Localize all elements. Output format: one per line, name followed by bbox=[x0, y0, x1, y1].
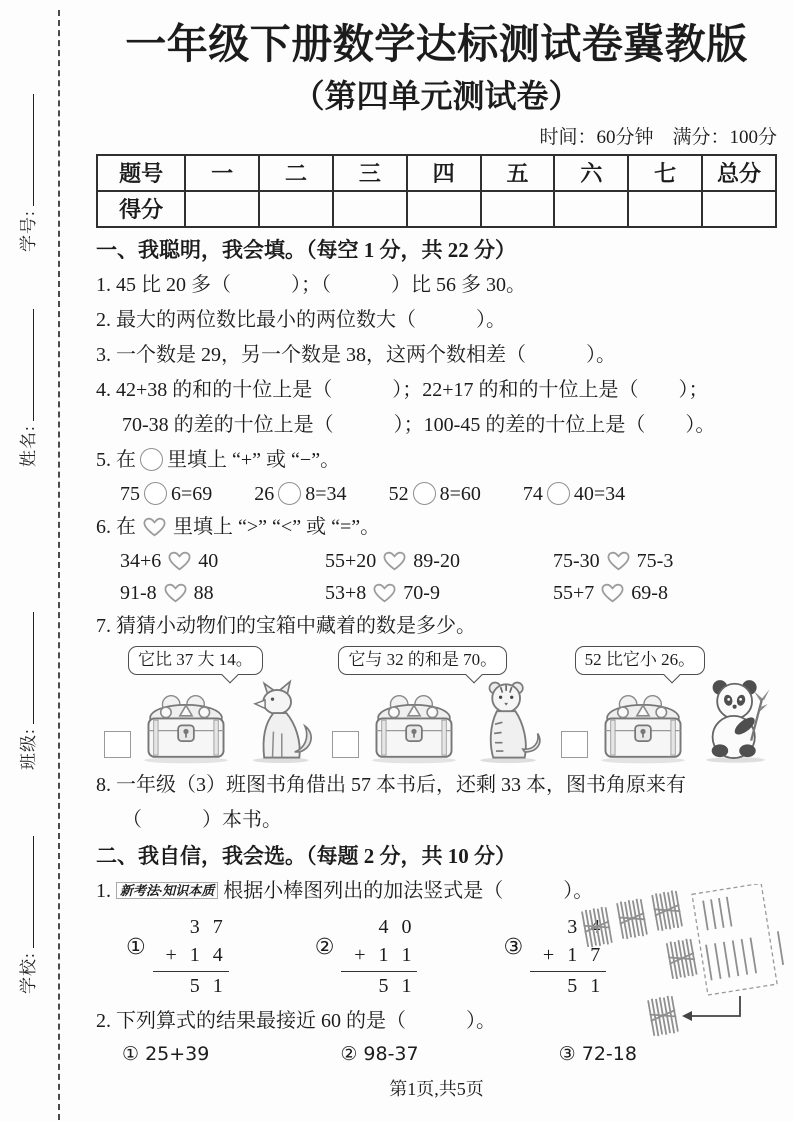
score-cell bbox=[554, 191, 628, 227]
question-1: 1. 45 比 20 多（ ）；（ ）比 56 多 30。 bbox=[96, 272, 777, 299]
comparison-right: 88 bbox=[194, 582, 214, 604]
comparison-left: 91-8 bbox=[120, 582, 157, 604]
page-subtitle: （第四单元测试卷） bbox=[96, 76, 777, 116]
option-marker: ① bbox=[126, 935, 146, 960]
question-7-figures: 它比 37 大 14。 它与 32 的和是 70。 52 比它小 26。 bbox=[96, 646, 777, 764]
equation-left: 52 bbox=[389, 483, 409, 505]
addend-top: 3 7 bbox=[153, 913, 229, 941]
option-marker: ② bbox=[315, 935, 335, 960]
question-2: 2. 最大的两位数比最小的两位数大（ ）。 bbox=[96, 307, 777, 334]
treasure-card-tiger: 它与 32 的和是 70。 bbox=[330, 646, 548, 764]
comparison-right: 75-3 bbox=[637, 550, 674, 572]
score-table-score-row: 得分 bbox=[97, 191, 776, 227]
bundled-sticks-diagram bbox=[574, 884, 788, 1042]
school-field: 学校: bbox=[14, 836, 39, 994]
score-cell bbox=[407, 191, 481, 227]
section1-heading: 一、我聪明，我会填。（每空 1 分，共 22 分） bbox=[96, 236, 777, 264]
class-blank-line bbox=[29, 612, 34, 724]
question-4-line1: 4. 42+38 的和的十位上是（ ）；22+17 的和的十位上是（ ）； bbox=[96, 377, 777, 404]
speech-bubble: 52 比它小 26。 bbox=[575, 646, 706, 675]
comparison: 55+2089-20 bbox=[325, 549, 553, 573]
score-cell bbox=[259, 191, 333, 227]
score-cell bbox=[481, 191, 555, 227]
treasure-chest-icon bbox=[595, 692, 691, 764]
sum: 5 1 bbox=[341, 972, 417, 1000]
score-table-col-4: 四 bbox=[407, 155, 481, 191]
comparison: 53+870-9 bbox=[325, 581, 553, 605]
question-3: 3. 一个数是 29，另一个数是 38，这两个数相差（ ）。 bbox=[96, 342, 777, 369]
class-field: 班级: bbox=[14, 612, 39, 770]
panda-icon bbox=[697, 676, 775, 764]
comparison-left: 75-30 bbox=[553, 550, 600, 572]
heart-icon bbox=[166, 549, 193, 572]
treasure-chest-icon bbox=[366, 692, 462, 764]
school-blank-line bbox=[29, 836, 34, 948]
name-blank-line bbox=[29, 309, 34, 421]
section2-question-1-text: 根据小棒图列出的加法竖式是（ ）。 bbox=[223, 880, 593, 902]
comparison-left: 34+6 bbox=[120, 550, 161, 572]
speech-bubble: 它与 32 的和是 70。 bbox=[338, 646, 507, 675]
section2-heading: 二、我自信，我会选。（每题 2 分，共 10 分） bbox=[96, 842, 777, 870]
school-label: 学校: bbox=[19, 952, 38, 994]
equation-right: 40=34 bbox=[574, 483, 625, 505]
comparison-right: 89-20 bbox=[413, 550, 460, 572]
score-table-col-1: 一 bbox=[185, 155, 259, 191]
comparison: 34+640 bbox=[120, 549, 325, 573]
equation-right: 8=60 bbox=[440, 483, 481, 505]
score-table-col-3: 三 bbox=[333, 155, 407, 191]
score-cell bbox=[702, 191, 776, 227]
comparison-right: 40 bbox=[198, 550, 218, 572]
section2-question-2-options: ① 25+39 ② 98-37 ③ 72-18 bbox=[96, 1043, 777, 1065]
addend-bottom: + 1 1 bbox=[341, 941, 417, 972]
addend-bottom: + 1 4 bbox=[153, 941, 229, 972]
speech-bubble: 它比 37 大 14。 bbox=[128, 646, 263, 675]
vertical-addition: 4 0 + 1 1 5 1 bbox=[341, 913, 417, 1000]
treasure-chest-icon bbox=[138, 692, 234, 764]
heart-icon bbox=[162, 581, 189, 604]
heart-icon bbox=[599, 581, 626, 604]
choice-option-3: ③ 72-18 bbox=[559, 1043, 777, 1065]
vertical-addition: 3 7 + 1 4 5 1 bbox=[153, 913, 229, 1000]
heart-icon bbox=[141, 515, 168, 538]
option-marker: ③ bbox=[503, 935, 523, 960]
new-method-badge: 新考法·知识本质 bbox=[116, 882, 218, 899]
class-label: 班级: bbox=[19, 728, 38, 770]
equation-right: 6=69 bbox=[171, 483, 212, 505]
question-4-line2: 70-38 的差的十位上是（ ）；100-45 的差的十位上是（ ）。 bbox=[96, 412, 777, 439]
score-cell bbox=[185, 191, 259, 227]
equation-right: 8=34 bbox=[305, 483, 346, 505]
score-table-col-5: 五 bbox=[481, 155, 555, 191]
treasure-card-panda: 52 比它小 26。 bbox=[559, 646, 777, 764]
score-table-col-total: 总分 bbox=[702, 155, 776, 191]
comparison: 75-3075-3 bbox=[553, 549, 777, 573]
name-field: 姓名: bbox=[14, 309, 39, 467]
comparison-left: 53+8 bbox=[325, 582, 366, 604]
question-5-prefix: 5. 在 bbox=[96, 449, 136, 471]
question-5: 5. 在里填上 “+” 或 “−”。 bbox=[96, 447, 777, 474]
operator-circle-icon bbox=[547, 482, 570, 505]
student-id-label: 学号: bbox=[19, 210, 38, 252]
student-id-field: 学号: bbox=[14, 94, 39, 252]
answer-box bbox=[104, 731, 131, 758]
comparison-right: 69-8 bbox=[631, 582, 668, 604]
sum: 5 1 bbox=[153, 972, 229, 1000]
vertical-addition-option-2: ② 4 0 + 1 1 5 1 bbox=[315, 913, 418, 1000]
question-7: 7. 猜猜小动物们的宝箱中藏着的数是多少。 bbox=[96, 613, 777, 640]
heart-icon bbox=[381, 549, 408, 572]
answer-box bbox=[561, 731, 588, 758]
answer-box bbox=[332, 731, 359, 758]
addend-top: 4 0 bbox=[341, 913, 417, 941]
name-label: 姓名: bbox=[19, 425, 38, 467]
equation-left: 26 bbox=[254, 483, 274, 505]
comparison: 91-888 bbox=[120, 581, 325, 605]
score-table: 题号 一 二 三 四 五 六 七 总分 得分 bbox=[96, 154, 777, 228]
question-6-prefix: 6. 在 bbox=[96, 516, 136, 538]
score-cell bbox=[628, 191, 702, 227]
exam-meta: 时间：60分钟 满分：100分 bbox=[96, 126, 777, 150]
dog-icon bbox=[240, 676, 318, 764]
question-6-comparisons: 34+640 55+2089-20 75-3075-3 91-888 53+87… bbox=[96, 549, 777, 605]
comparison-left: 55+7 bbox=[553, 582, 594, 604]
comparison: 55+769-8 bbox=[553, 581, 777, 605]
comparison-right: 70-9 bbox=[403, 582, 440, 604]
score-table-corner: 题号 bbox=[97, 155, 185, 191]
equation: 528=60 bbox=[389, 482, 481, 506]
tiger-icon bbox=[469, 676, 547, 764]
score-table-col-2: 二 bbox=[259, 155, 333, 191]
heart-icon bbox=[605, 549, 632, 572]
question-6: 6. 在里填上 “>” “<” 或 “=”。 bbox=[96, 514, 777, 541]
score-cell bbox=[333, 191, 407, 227]
student-id-blank-line bbox=[29, 94, 34, 206]
equation-left: 75 bbox=[120, 483, 140, 505]
score-label: 得分 bbox=[97, 191, 185, 227]
operator-circle-icon bbox=[413, 482, 436, 505]
comparison-left: 55+20 bbox=[325, 550, 376, 572]
equation: 756=69 bbox=[120, 482, 212, 506]
exam-paper-page: 学号: 姓名: 班级: 学校: 一年级下册数学达标测试卷冀教版 （第四单元测试卷… bbox=[0, 0, 793, 1122]
choice-option-1: ① 25+39 bbox=[122, 1043, 340, 1065]
question-5-equations: 756=69 268=34 528=60 7440=34 bbox=[96, 482, 777, 506]
section2-question-1-number: 1. bbox=[96, 880, 111, 902]
treasure-card-dog: 它比 37 大 14。 bbox=[102, 646, 320, 764]
equation: 268=34 bbox=[254, 482, 346, 506]
equation-left: 74 bbox=[523, 483, 543, 505]
question-8-line2: （ ）本书。 bbox=[96, 807, 777, 834]
question-8-line1: 8. 一年级（3）班图书角借出 57 本书后，还剩 33 本，图书角原来有 bbox=[96, 772, 777, 799]
heart-icon bbox=[371, 581, 398, 604]
score-table-header-row: 题号 一 二 三 四 五 六 七 总分 bbox=[97, 155, 776, 191]
question-5-suffix: 里填上 “+” 或 “−”。 bbox=[167, 449, 340, 471]
equation: 7440=34 bbox=[523, 482, 625, 506]
page-title: 一年级下册数学达标测试卷冀教版 bbox=[96, 22, 777, 68]
question-6-suffix: 里填上 “>” “<” 或 “=”。 bbox=[173, 516, 380, 538]
choice-option-2: ② 98-37 bbox=[340, 1043, 558, 1065]
page-number: 第1页,共5页 bbox=[96, 1075, 777, 1101]
score-table-col-7: 七 bbox=[628, 155, 702, 191]
operator-circle-icon bbox=[278, 482, 301, 505]
operator-circle-icon bbox=[144, 482, 167, 505]
vertical-addition-option-1: ① 3 7 + 1 4 5 1 bbox=[126, 913, 229, 1000]
operator-circle-icon bbox=[140, 448, 163, 471]
score-table-col-6: 六 bbox=[554, 155, 628, 191]
